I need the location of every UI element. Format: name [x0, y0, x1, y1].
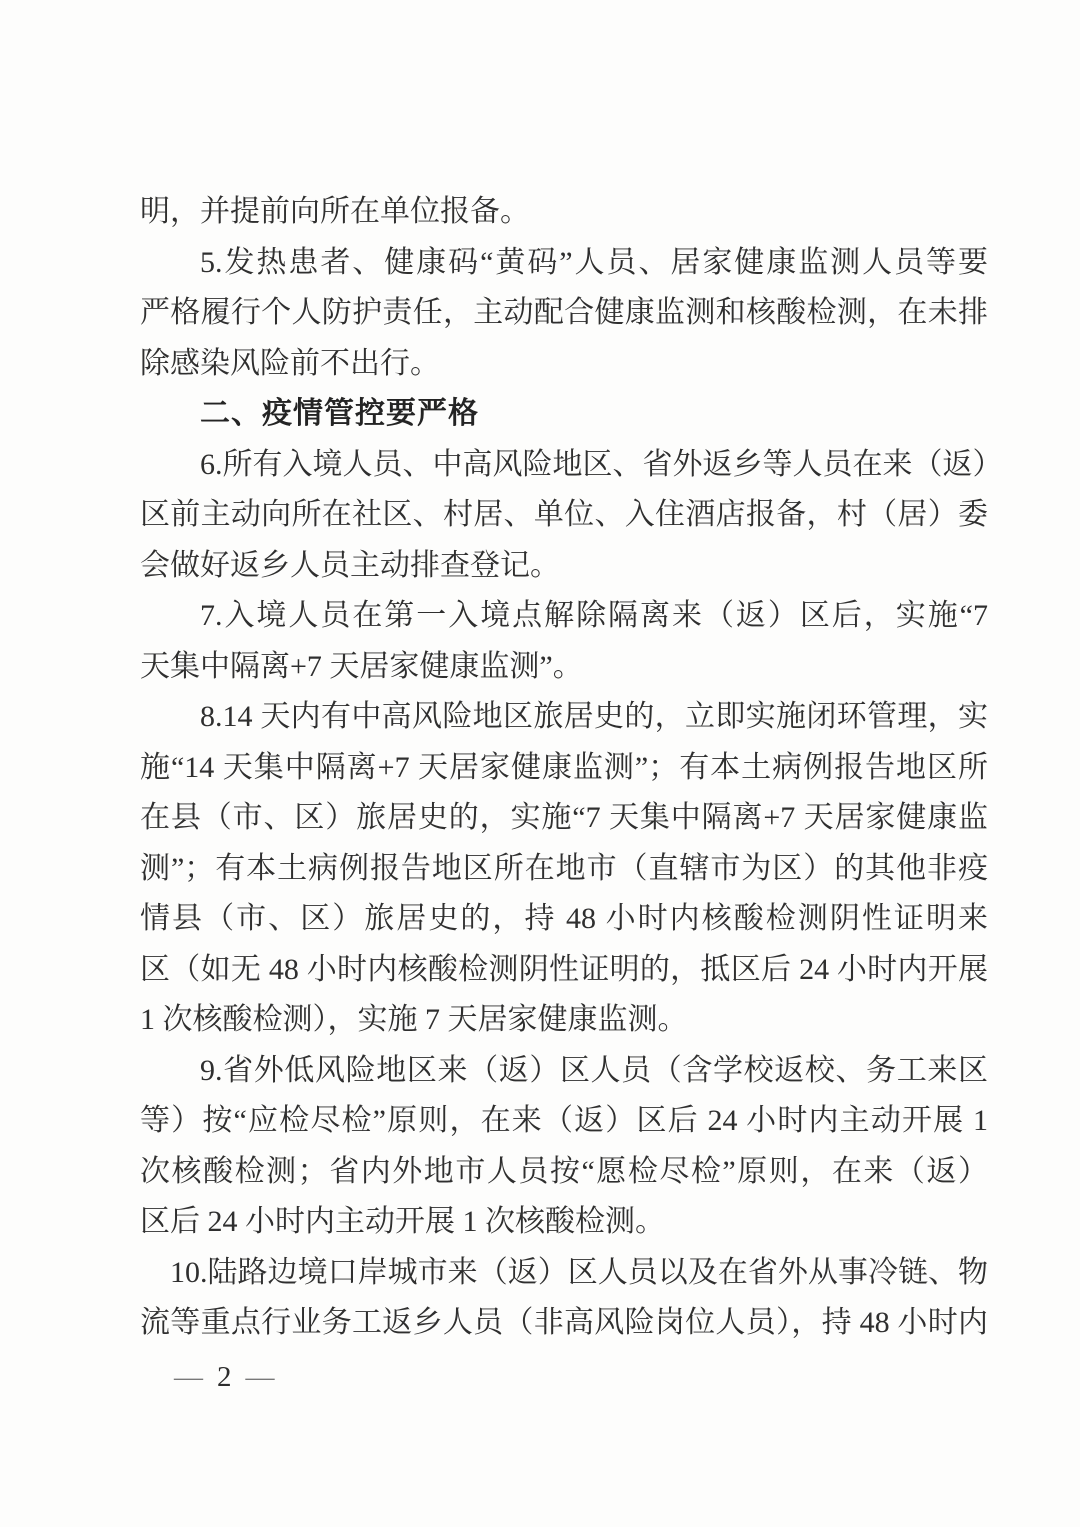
footer-dash-left: — — [174, 1361, 203, 1394]
text-line: 天集中隔离+7 天居家健康监测”。 — [140, 642, 988, 693]
page-footer: — 2 — — [174, 1354, 275, 1400]
text-line: 除感染风险前不出行。 — [140, 339, 988, 390]
text-line: 在县（市、区）旅居史的，实施“7 天集中隔离+7 天居家健康监 — [140, 793, 988, 844]
text-line: 会做好返乡人员主动排查登记。 — [140, 541, 988, 592]
text-line: 次核酸检测；省内外地市人员按“愿检尽检”原则，在来（返） — [140, 1147, 988, 1198]
text-line: 施“14 天集中隔离+7 天居家健康监测”；有本土病例报告地区所 — [140, 743, 988, 794]
footer-dash-right: — — [246, 1361, 275, 1394]
text-line: 区前主动向所在社区、村居、单位、入住酒店报备，村（居）委 — [140, 490, 988, 541]
text-line: 8.14 天内有中高风险地区旅居史的，立即实施闭环管理，实 — [140, 692, 988, 743]
text-line: 严格履行个人防护责任，主动配合健康监测和核酸检测，在未排 — [140, 288, 988, 339]
text-line: 5.发热患者、健康码“黄码”人员、居家健康监测人员等要 — [140, 238, 988, 289]
text-line: 10.陆路边境口岸城市来（返）区人员以及在省外从事冷链、物 — [140, 1248, 988, 1299]
document-body: 明，并提前向所在单位报备。5.发热患者、健康码“黄码”人员、居家健康监测人员等要… — [140, 187, 988, 1349]
text-line: 1 次核酸检测），实施 7 天居家健康监测。 — [140, 995, 988, 1046]
page-number: 2 — [217, 1361, 232, 1394]
document-page: 明，并提前向所在单位报备。5.发热患者、健康码“黄码”人员、居家健康监测人员等要… — [0, 0, 1080, 1527]
text-line: 等）按“应检尽检”原则，在来（返）区后 24 小时内主动开展 1 — [140, 1096, 988, 1147]
text-line: 情县（市、区）旅居史的，持 48 小时内核酸检测阴性证明来（返） — [140, 894, 988, 945]
text-line: 测”；有本土病例报告地区所在地市（直辖市为区）的其他非疫 — [140, 844, 988, 895]
text-line: 7.入境人员在第一入境点解除隔离来（返）区后，实施“7 — [140, 591, 988, 642]
text-line: 区后 24 小时内主动开展 1 次核酸检测。 — [140, 1197, 988, 1248]
text-line: 流等重点行业务工返乡人员（非高风险岗位人员），持 48 小时内 — [140, 1298, 988, 1349]
section-heading: 二、疫情管控要严格 — [140, 389, 988, 440]
text-line: 区（如无 48 小时内核酸检测阴性证明的，抵区后 24 小时内开展 — [140, 945, 988, 996]
text-line: 明，并提前向所在单位报备。 — [140, 187, 988, 238]
text-line: 9.省外低风险地区来（返）区人员（含学校返校、务工来区 — [140, 1046, 988, 1097]
text-line: 6.所有入境人员、中高风险地区、省外返乡等人员在来（返） — [140, 440, 988, 491]
